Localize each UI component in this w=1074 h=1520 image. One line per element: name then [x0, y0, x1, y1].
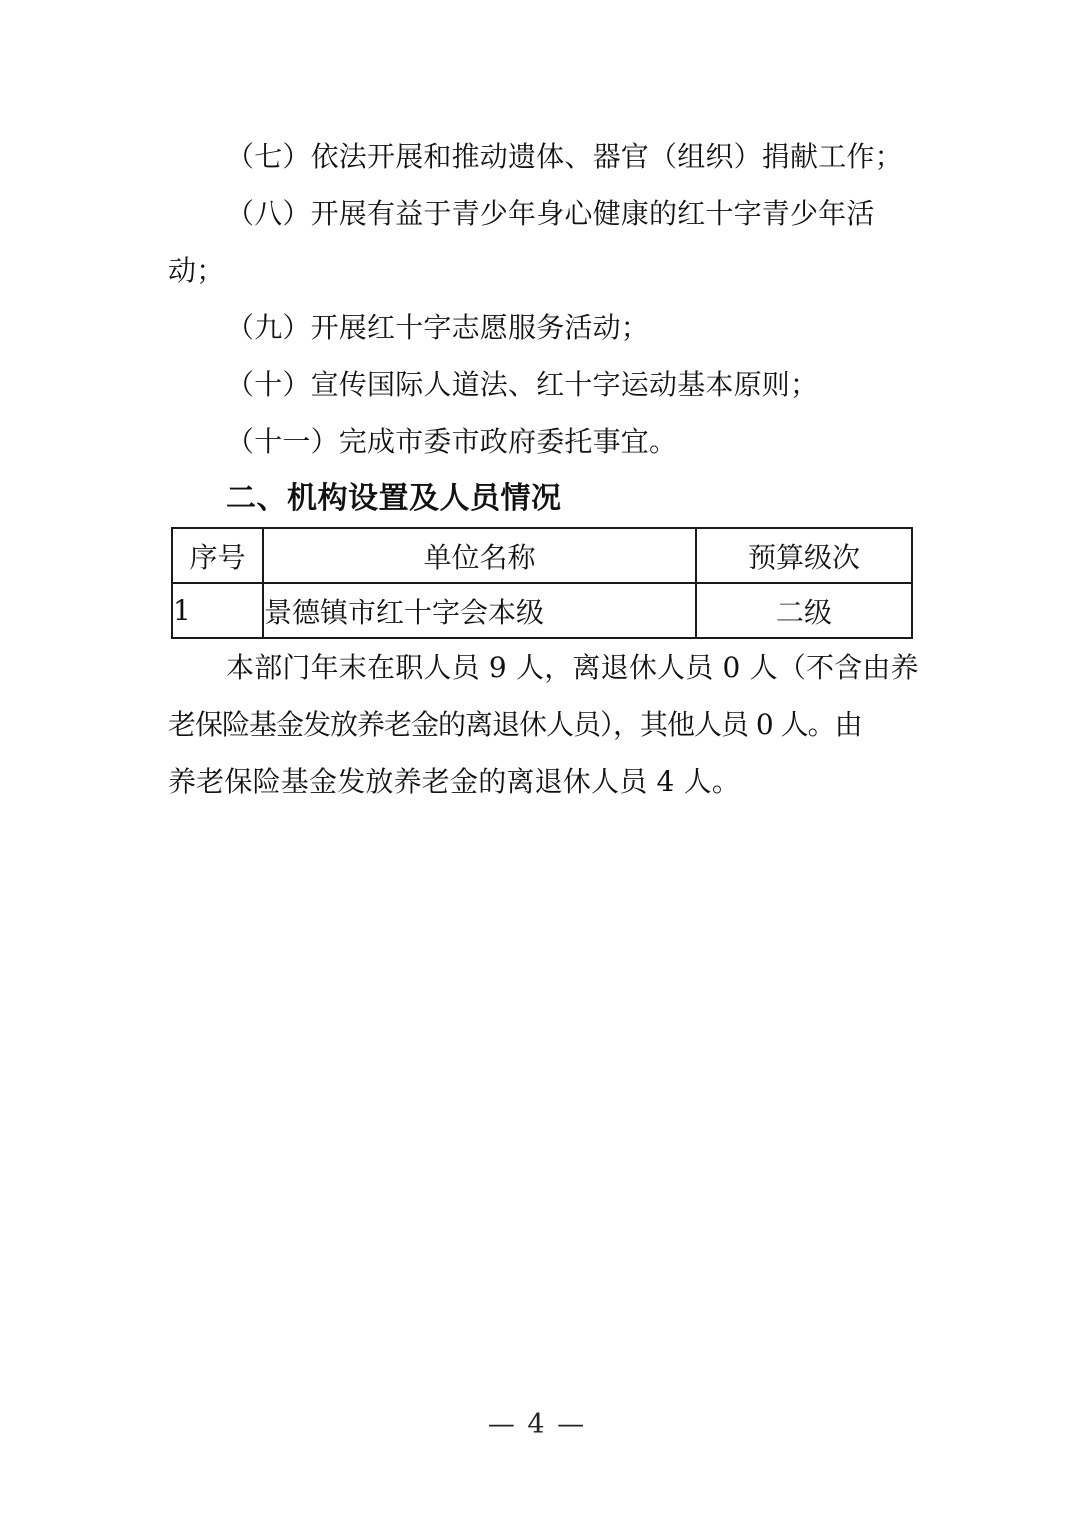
summary-paragraph-line-3: 养老保险基金发放养老金的离退休人员 4 人。 — [168, 753, 908, 810]
list-item-11: （十一）完成市委市政府委托事宜。 — [168, 413, 908, 470]
org-table: 序号 单位名称 预算级次 1 景德镇市红十字会本级 二级 — [171, 527, 913, 639]
document-page: （七）依法开展和推动遗体、器官（组织）捐献工作； （八）开展有益于青少年身心健康… — [0, 0, 1074, 1520]
list-item-10: （十）宣传国际人道法、红十字运动基本原则； — [168, 356, 908, 413]
list-item-9: （九）开展红十字志愿服务活动； — [168, 299, 908, 356]
table-header-budget-level: 预算级次 — [696, 528, 912, 583]
page-number: — 4 — — [0, 1405, 1074, 1445]
summary-paragraph-line-2: 老保险基金发放养老金的离退休人员），其他人员 0 人。由 — [168, 696, 908, 753]
list-item-8-continuation: 动； — [168, 242, 908, 299]
document-body: （七）依法开展和推动遗体、器官（组织）捐献工作； （八）开展有益于青少年身心健康… — [168, 0, 908, 810]
list-item-7: （七）依法开展和推动遗体、器官（组织）捐献工作； — [168, 128, 908, 185]
summary-paragraph-line-1: 本部门年末在职人员 9 人，离退休人员 0 人（不含由养 — [168, 639, 908, 696]
list-item-8: （八）开展有益于青少年身心健康的红十字青少年活 — [168, 185, 908, 242]
section-heading: 二、机构设置及人员情况 — [168, 470, 908, 527]
table-header-index: 序号 — [172, 528, 263, 583]
table-header-row: 序号 单位名称 预算级次 — [172, 528, 912, 583]
table-cell-budget-level: 二级 — [696, 583, 912, 638]
table-cell-index: 1 — [172, 583, 263, 638]
table-header-unit-name: 单位名称 — [263, 528, 696, 583]
table-cell-unit-name: 景德镇市红十字会本级 — [263, 583, 696, 638]
table-row: 1 景德镇市红十字会本级 二级 — [172, 583, 912, 638]
